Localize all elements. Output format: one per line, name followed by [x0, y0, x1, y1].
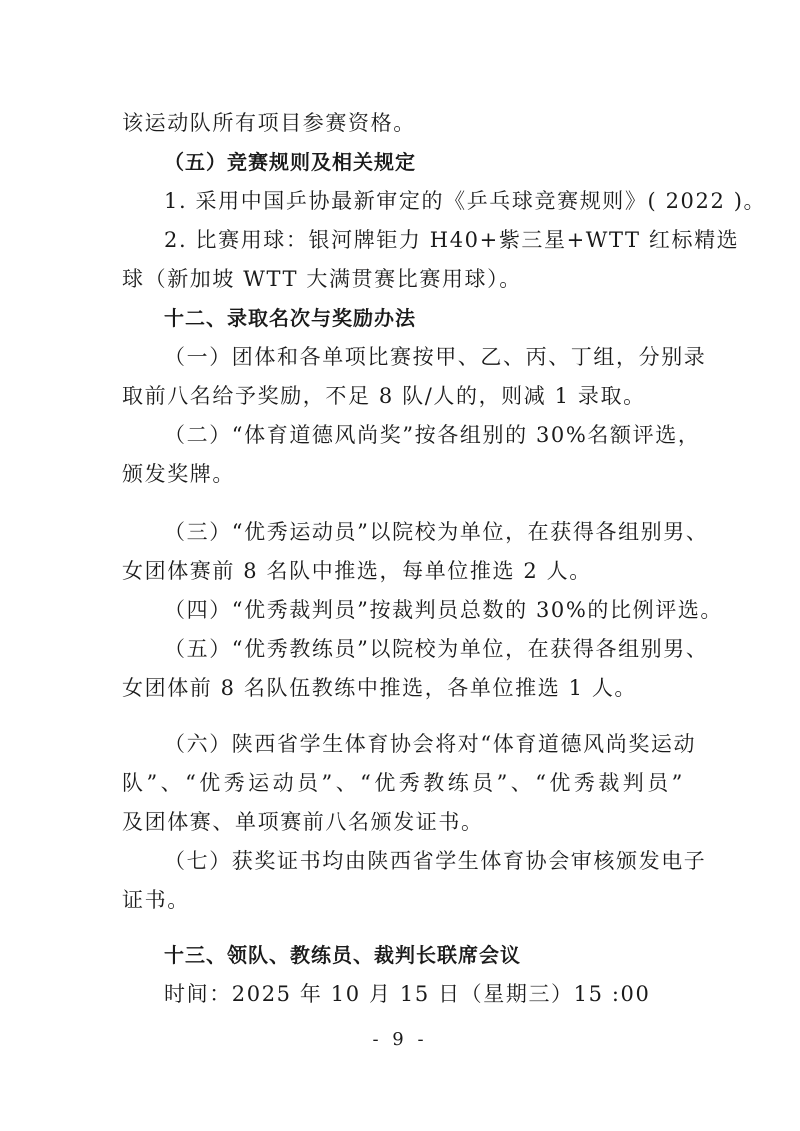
paragraph-line: （二）“体育道德风尚奖”按各组别的 30%名额评选，	[164, 420, 684, 450]
document-page: 该运动队所有项目参赛资格。 （五）竞赛规则及相关规定 1. 采用中国乒协最新审定…	[0, 0, 800, 1131]
paragraph-line: 1. 采用中国乒协最新审定的《乒乓球竞赛规则》( 2022 )。	[164, 186, 684, 216]
paragraph-line: 取前八名给予奖励，不足 8 队/人的，则减 1 录取。	[122, 381, 684, 411]
paragraph-line: 女团体前 8 名队伍教练中推选，各单位推选 1 人。	[122, 673, 684, 703]
paragraph-line: 及团体赛、单项赛前八名颁发证书。	[122, 807, 684, 837]
section-heading-competition-rules: （五）竞赛规则及相关规定	[164, 147, 684, 177]
paragraph-line: 颁发奖牌。	[122, 459, 684, 489]
paragraph-line: （五）“优秀教练员”以院校为单位，在获得各组别男、	[164, 634, 684, 664]
section-heading-awards: 十二、录取名次与奖励办法	[164, 303, 684, 333]
paragraph-line: 女团体赛前 8 名队中推选，每单位推选 2 人。	[122, 556, 684, 586]
paragraph-line: （三）“优秀运动员”以院校为单位，在获得各组别男、	[164, 517, 684, 547]
paragraph-line: （七）获奖证书均由陕西省学生体育协会审核颁发电子	[164, 846, 684, 876]
paragraph-line: 2. 比赛用球：银河牌钜力 H40+紫三星+WTT 红标精选	[164, 225, 684, 255]
paragraph-line: （六）陕西省学生体育协会将对“体育道德风尚奖运动	[164, 729, 684, 759]
meeting-time: 时间：2025 年 10 月 15 日（星期三）15 :00	[164, 979, 684, 1009]
paragraph-line: 队”、“优秀运动员”、“优秀教练员”、“优秀裁判员”	[122, 768, 684, 798]
paragraph-line: 球（新加坡 WTT 大满贯赛比赛用球）。	[122, 264, 684, 294]
page-number: - 9 -	[0, 1028, 800, 1052]
paragraph-line: 证书。	[122, 885, 684, 915]
paragraph-line: （四）“优秀裁判员”按裁判员总数的 30%的比例评选。	[164, 595, 684, 625]
section-heading-joint-meeting: 十三、领队、教练员、裁判长联席会议	[164, 940, 684, 970]
paragraph-line: （一）团体和各单项比赛按甲、乙、丙、丁组，分别录	[164, 342, 684, 372]
paragraph-line: 该运动队所有项目参赛资格。	[122, 108, 684, 138]
